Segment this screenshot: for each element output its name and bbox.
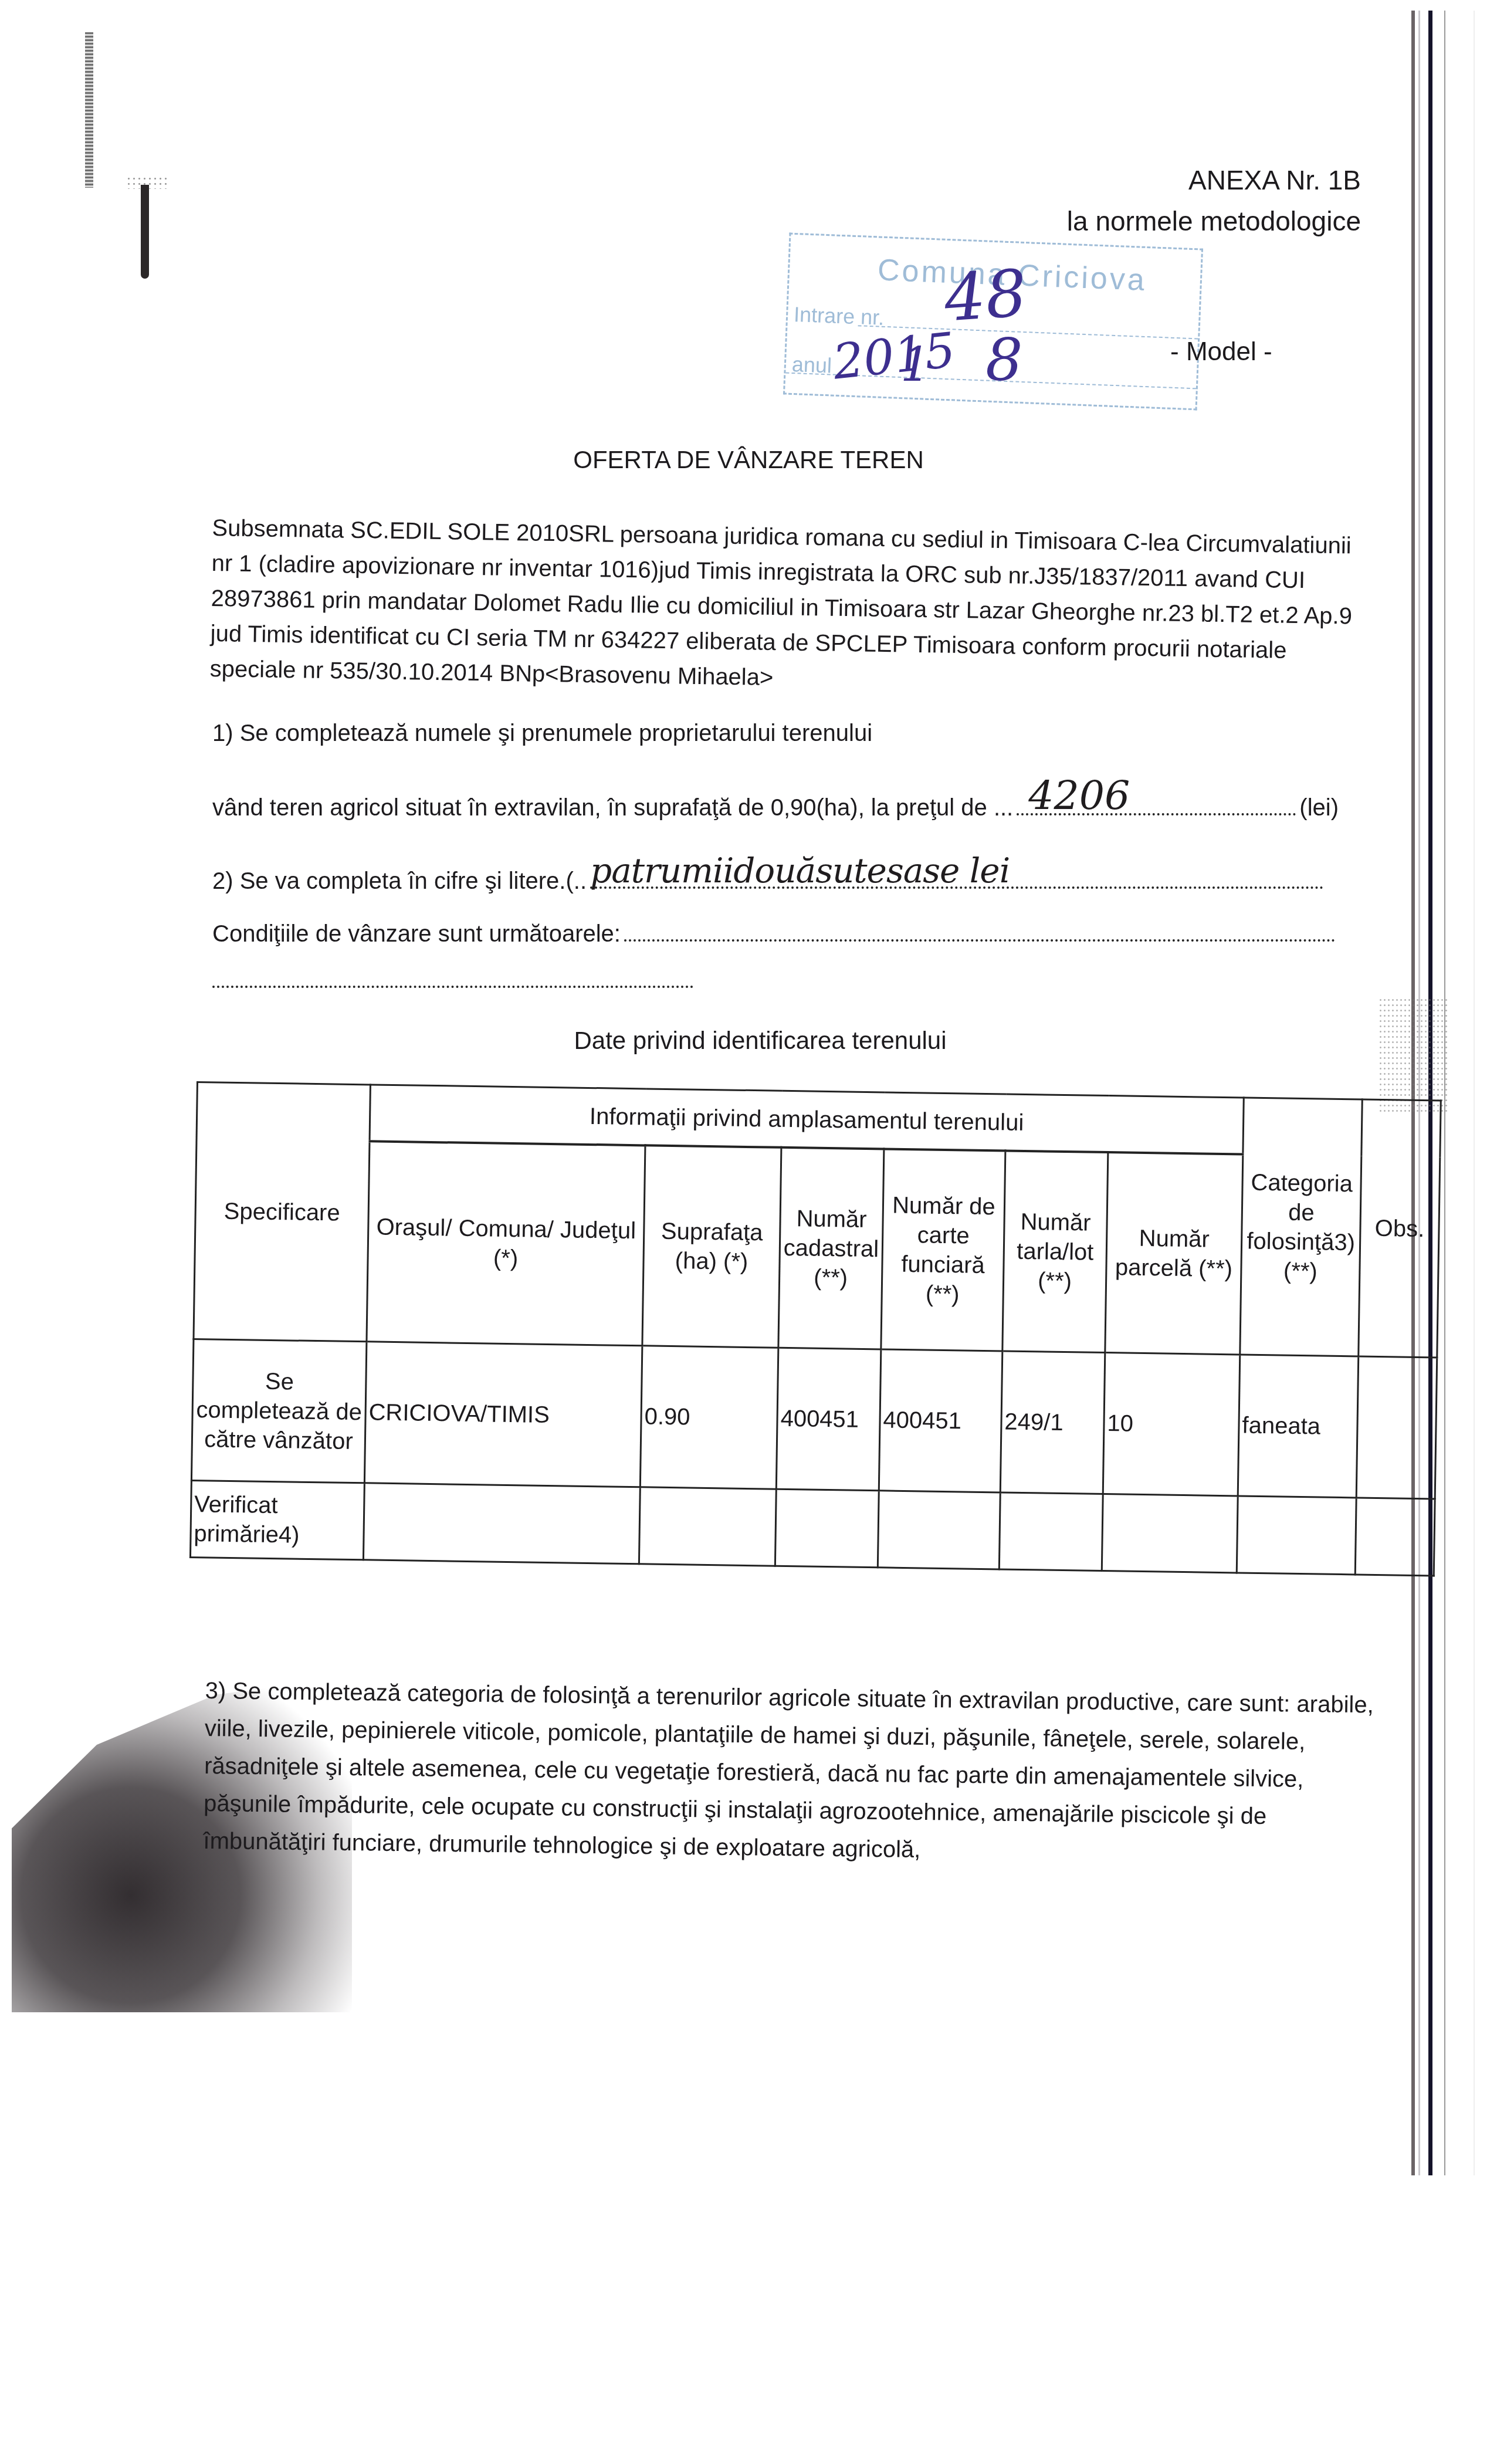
price-currency: (lei) bbox=[1299, 795, 1339, 821]
row-label-verified: Verificat primărie4) bbox=[190, 1480, 364, 1559]
sale-price-label: vând teren agricol situat în extravilan,… bbox=[212, 795, 1013, 821]
cell-cadastral bbox=[775, 1489, 879, 1568]
price-in-words-line: 2) Se va completa în cifre şi litere.(..… bbox=[212, 868, 1327, 895]
scan-artifact-left-strip bbox=[85, 32, 93, 188]
stamp-registration-number: 48 bbox=[942, 255, 1029, 336]
col-header-tarla-lot: Număr tarla/lot (**) bbox=[1002, 1150, 1108, 1352]
table-row: Se completează de către vânzător CRICIOV… bbox=[191, 1339, 1437, 1498]
scan-artifact-staple-mark bbox=[141, 185, 149, 279]
cell-tarla-lot bbox=[999, 1492, 1103, 1571]
price-field: 4206 bbox=[1017, 795, 1296, 815]
row-label-seller: Se completează de către vânzător bbox=[191, 1339, 367, 1483]
land-section-title: Date privind identificarea terenului bbox=[0, 1027, 1497, 1055]
footnote-text: arabile, viile, livezile, pepinierele vi… bbox=[203, 1691, 1374, 1863]
price-in-words-label: 2) Se va completa în cifre şi litere.(.. bbox=[212, 868, 587, 895]
stamp-month: 1 bbox=[900, 337, 930, 392]
model-label: - Model - bbox=[1170, 337, 1272, 367]
cell-locality bbox=[363, 1483, 640, 1564]
cell-land-book: 400451 bbox=[879, 1349, 1002, 1492]
col-header-obs: Obs. bbox=[1359, 1099, 1441, 1358]
cell-locality: CRICIOVA/TIMIS bbox=[364, 1342, 642, 1487]
cell-obs bbox=[1355, 1498, 1435, 1576]
price-in-words-field: patrumiidouăsutesase lei bbox=[590, 868, 1323, 889]
col-header-area: Suprafaţa (ha) (*) bbox=[642, 1145, 781, 1348]
col-header-category: Categoria de folosinţă3) (**) bbox=[1240, 1098, 1362, 1356]
annex-number: ANEXA Nr. 1B bbox=[1067, 160, 1361, 201]
cell-parcel: 10 bbox=[1103, 1353, 1240, 1496]
cell-category: faneata bbox=[1238, 1355, 1359, 1498]
price-value: 4206 bbox=[1028, 773, 1130, 819]
scan-artifact-noise bbox=[1379, 997, 1449, 1115]
cell-land-book bbox=[878, 1491, 1000, 1569]
cell-obs bbox=[1356, 1356, 1437, 1499]
cell-cadastral: 400451 bbox=[776, 1348, 881, 1491]
conditions-line: Condiţiile de vânzare sunt următoarele: bbox=[212, 921, 1339, 947]
footnote-land-use-category: 3) Se completează categoria de folosinţă… bbox=[203, 1672, 1379, 1874]
stamp-day: 8 bbox=[985, 326, 1023, 394]
price-in-words-value: patrumiidouăsutesase lei bbox=[590, 851, 1010, 891]
footnote-lead: 3) Se completează categoria de folosinţă… bbox=[205, 1678, 1296, 1717]
cell-category bbox=[1237, 1496, 1356, 1575]
annex-header: ANEXA Nr. 1B la normele metodologice bbox=[1067, 160, 1361, 242]
cell-parcel bbox=[1102, 1494, 1238, 1573]
land-identification-table: Specificare Informaţii privind amplasame… bbox=[189, 1081, 1440, 1576]
annex-subtitle: la normele metodologice bbox=[1067, 201, 1361, 242]
conditions-field bbox=[624, 921, 1335, 942]
document-title: OFERTA DE VÂNZARE TEREN bbox=[0, 446, 1497, 474]
conditions-label: Condiţiile de vânzare sunt următoarele: bbox=[212, 921, 621, 947]
cell-area: 0.90 bbox=[640, 1346, 778, 1489]
conditions-field-continuation bbox=[212, 968, 693, 988]
seller-declaration: Subsemnata SC.EDIL SOLE 2010SRL persoana… bbox=[209, 510, 1373, 705]
scan-edge-line bbox=[1474, 11, 1475, 2175]
cell-tarla-lot: 249/1 bbox=[1000, 1351, 1105, 1494]
note-owner-name: 1) Se completează numele şi prenumele pr… bbox=[212, 720, 872, 747]
col-header-parcel: Număr parcelă (**) bbox=[1105, 1152, 1243, 1355]
col-header-cadastral: Număr cadastral (**) bbox=[778, 1148, 884, 1349]
col-header-land-book: Număr de carte funciară (**) bbox=[881, 1149, 1005, 1351]
col-header-locality: Oraşul/ Comuna/ Judeţul (*) bbox=[367, 1141, 645, 1345]
cell-area bbox=[639, 1487, 776, 1566]
sale-price-line: vând teren agricol situat în extravilan,… bbox=[212, 795, 1339, 821]
col-header-specificare: Specificare bbox=[194, 1082, 370, 1342]
